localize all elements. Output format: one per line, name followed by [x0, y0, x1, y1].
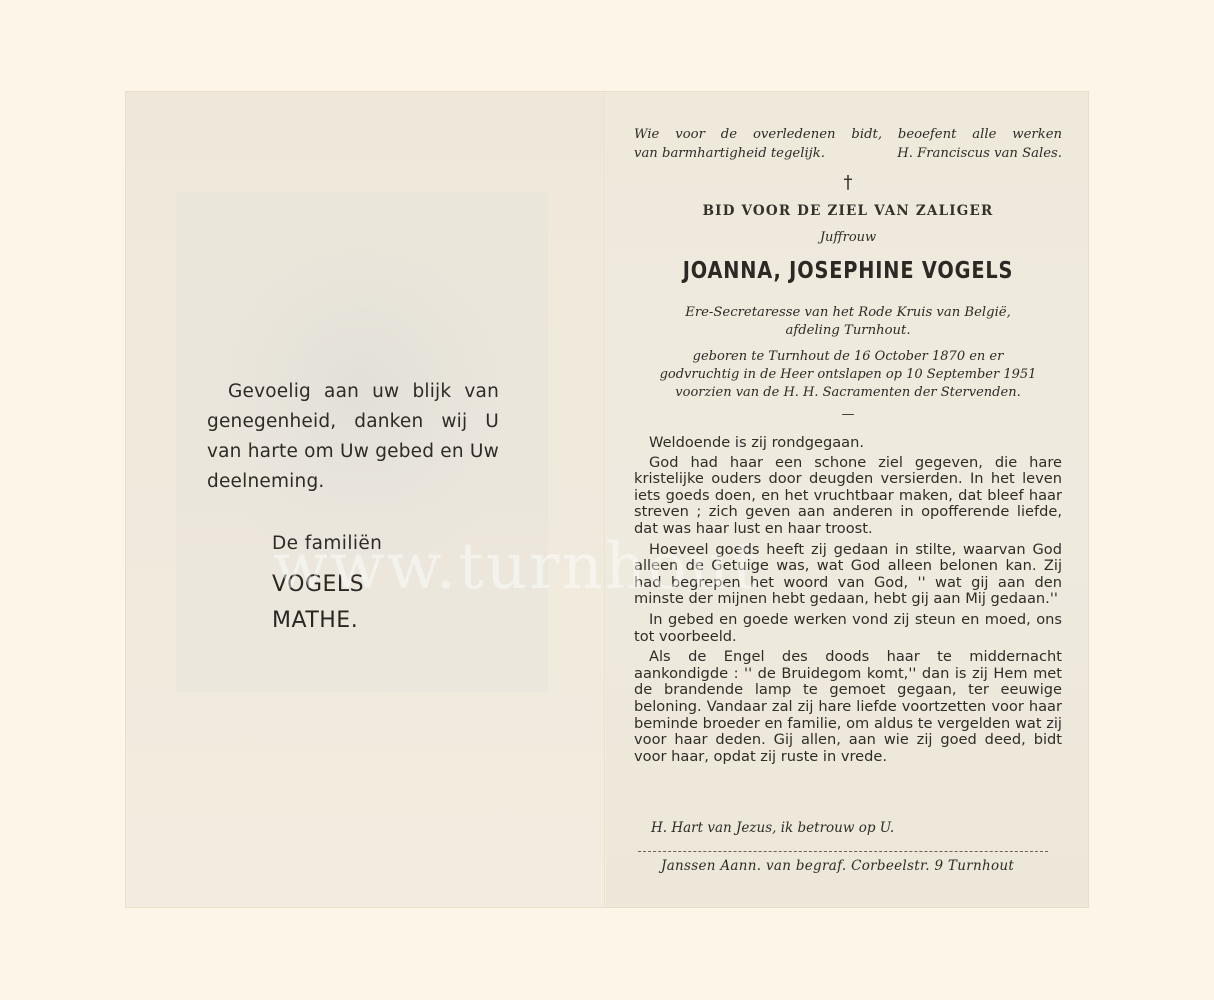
family-name-vogels: VOGELS — [272, 572, 364, 597]
quote-line-2: van barmhartigheid tegelijk. H. Francisc… — [634, 144, 1062, 163]
eulogy-text: Weldoende is zij rondgegaan. God had haa… — [634, 435, 1062, 769]
role-line-2: afdeling Turnhout. — [634, 322, 1062, 340]
section-separator: — — [634, 407, 1062, 422]
deceased-name: JOANNA, JOSEPHINE VOGELS — [668, 258, 1028, 284]
role-line-1: Ere-Secretaresse van het Rode Kruis van … — [634, 304, 1062, 322]
footer-divider — [638, 851, 1048, 852]
honorific-title: Juffrouw — [634, 230, 1062, 245]
birth-line: geboren te Turnhout de 16 October 1870 e… — [634, 348, 1062, 366]
family-name-mathe: MATHE. — [272, 608, 358, 633]
sacraments-line: voorzien van de H. H. Sacramenten der St… — [634, 384, 1062, 402]
eulogy-paragraph-1: Weldoende is zij rondgegaan. — [634, 435, 1062, 452]
printer-credit: Janssen Aann. van begraf. Corbeelstr. 9 … — [661, 858, 1061, 874]
cross-icon: † — [634, 172, 1062, 193]
death-line: godvruchtig in de Heer ontslapen op 10 S… — [634, 366, 1062, 384]
families-label: De familiën — [272, 533, 382, 554]
quote-attribution: H. Franciscus van Sales. — [897, 144, 1062, 163]
eulogy-paragraph-5: Als de Engel des doods haar te middernac… — [634, 649, 1062, 765]
eulogy-paragraph-3: Hoeveel goeds heeft zij gedaan in stilte… — [634, 542, 1062, 608]
left-page: Gevoelig aan uw blijk van genegenheid, d… — [126, 92, 606, 907]
opening-quote: Wie voor de overledenen bidt, beoefent a… — [634, 125, 1062, 163]
eulogy-paragraph-2: God had haar een schone ziel gegeven, di… — [634, 455, 1062, 538]
deceased-role: Ere-Secretaresse van het Rode Kruis van … — [634, 304, 1062, 340]
eulogy-paragraph-4: In gebed en goede werken vond zij steun … — [634, 612, 1062, 645]
quote-line-1: Wie voor de overledenen bidt, beoefent a… — [634, 125, 1062, 144]
memorial-card: Gevoelig aan uw blijk van genegenheid, d… — [126, 92, 1088, 907]
life-dates: geboren te Turnhout de 16 October 1870 e… — [634, 348, 1062, 402]
quote-line-2-text: van barmhartigheid tegelijk. — [634, 144, 825, 163]
prayer-heading: BID VOOR DE ZIEL VAN ZALIGER — [634, 203, 1062, 219]
thanks-message: Gevoelig aan uw blijk van genegenheid, d… — [207, 377, 499, 497]
closing-invocation: H. Hart van Jezus, ik betrouw op U. — [651, 820, 1051, 836]
